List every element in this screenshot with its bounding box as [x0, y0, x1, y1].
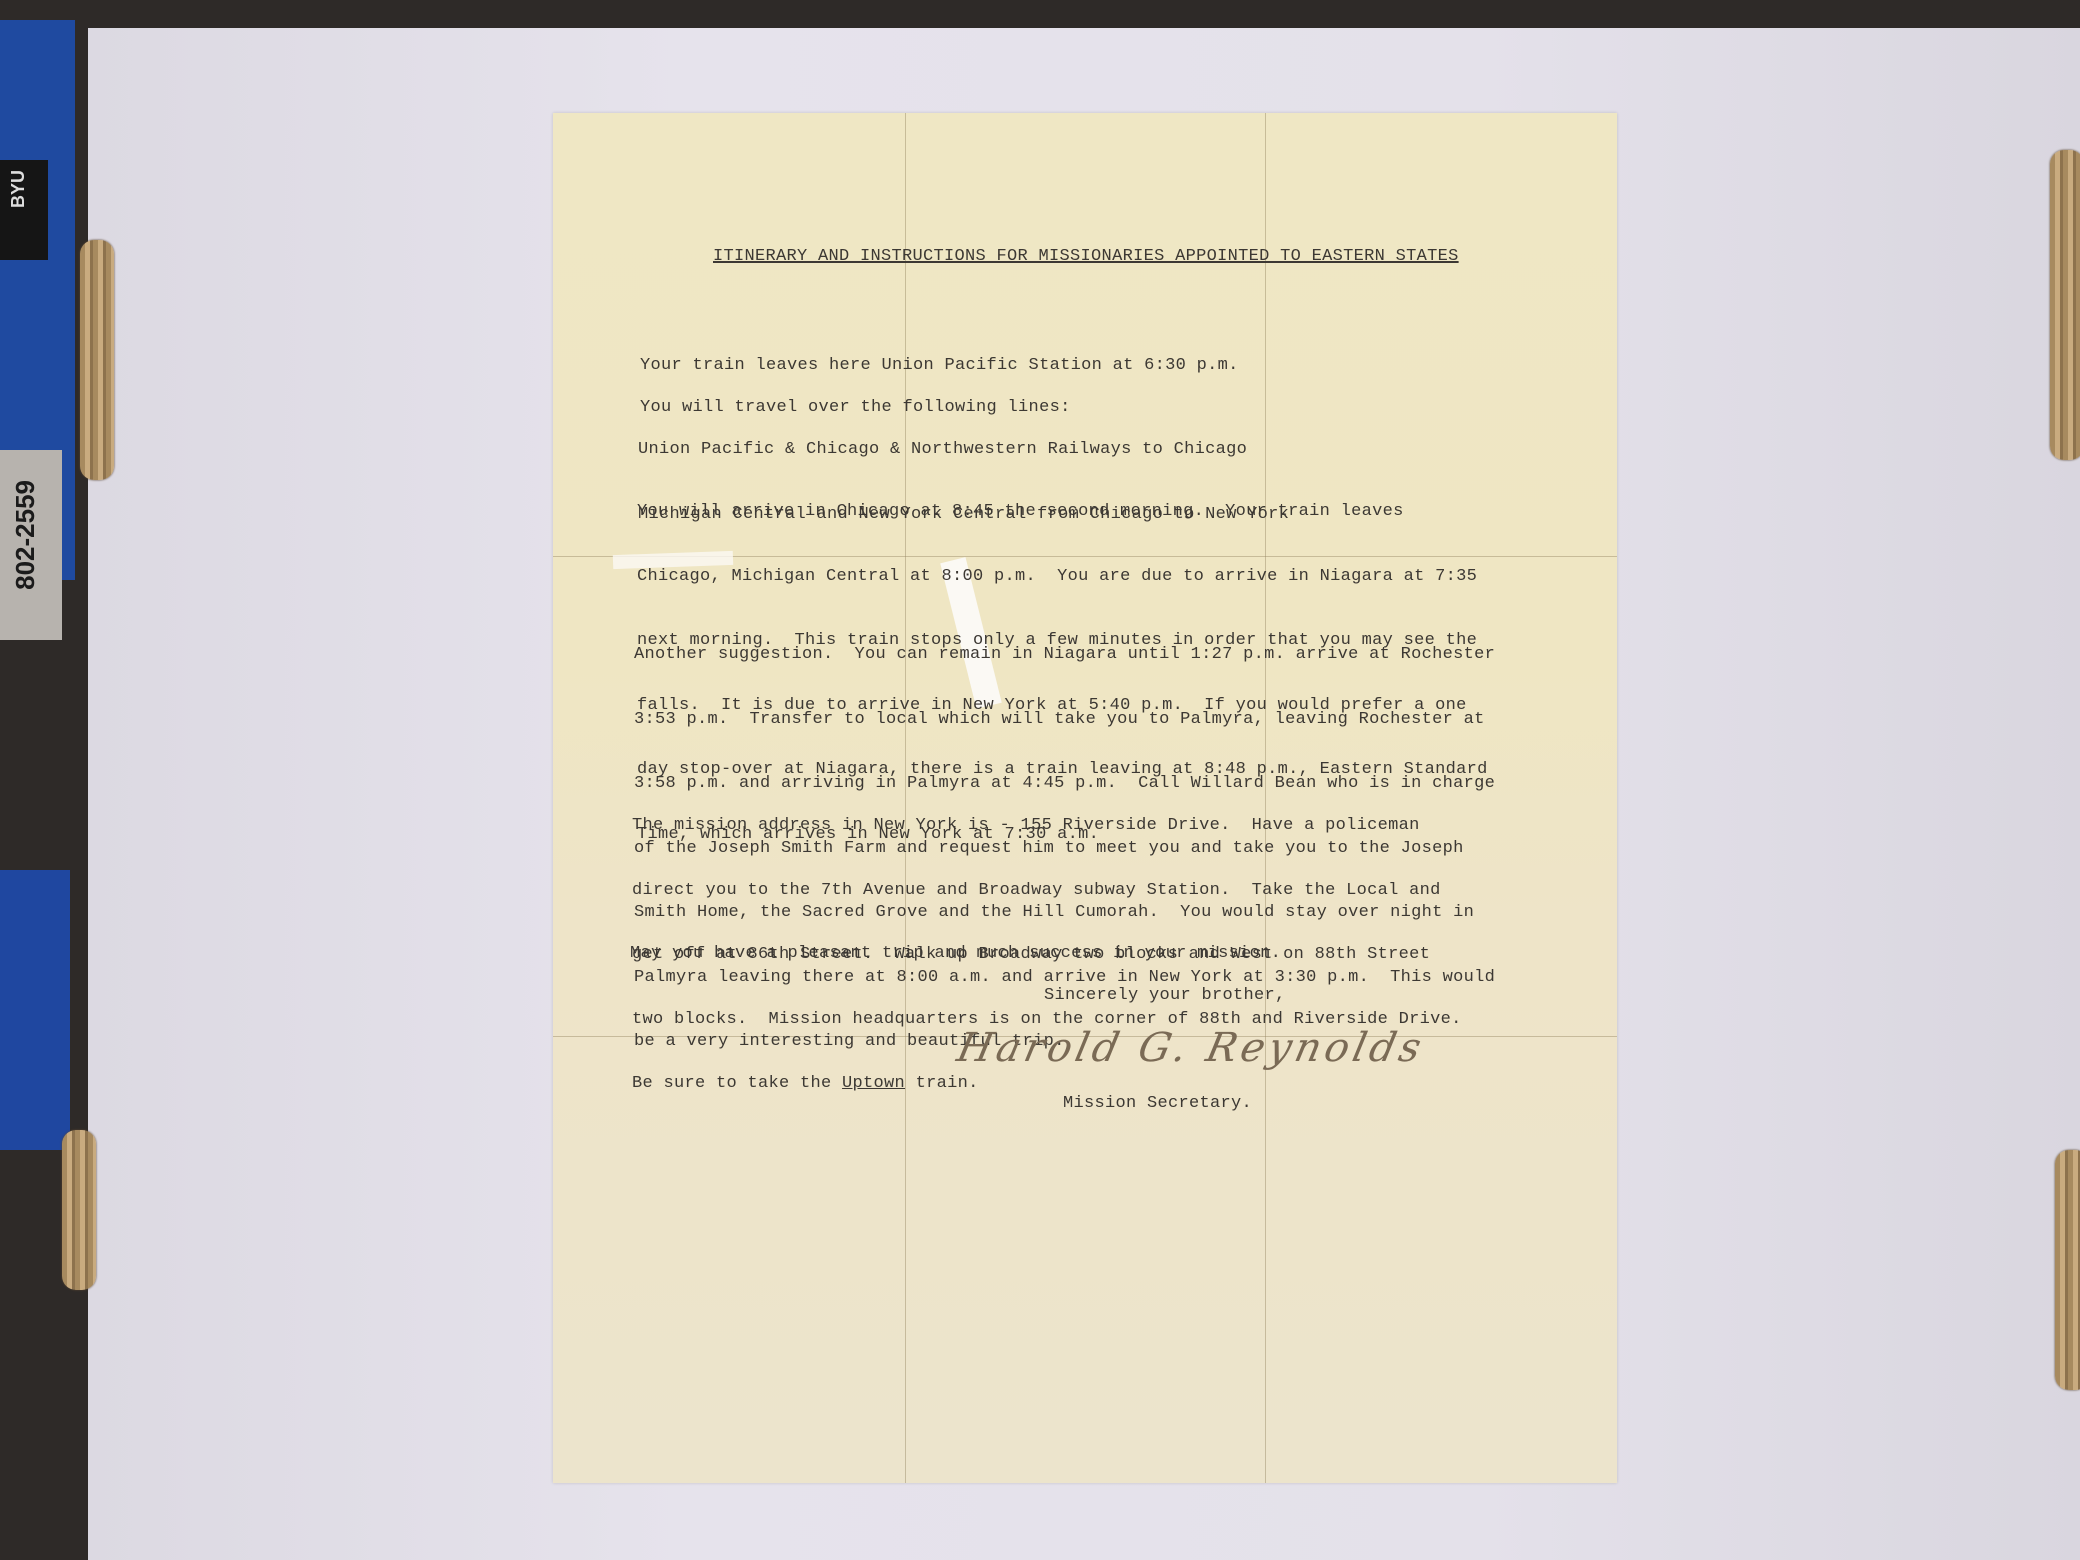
background-phone-label: 802-2559 [0, 450, 62, 640]
box-handle-left-top [80, 240, 114, 480]
box-handle-right-top [2050, 150, 2080, 460]
letter-title: ITINERARY AND INSTRUCTIONS FOR MISSIONAR… [713, 246, 1459, 268]
uptown-emphasis: Uptown [842, 1074, 905, 1093]
background-blue-box-lower [0, 870, 70, 1150]
box-handle-left-bottom [62, 1130, 96, 1290]
box-handle-right-bottom [2055, 1150, 2080, 1390]
signer-title: Mission Secretary. [1063, 1093, 1252, 1115]
background-byu-label: BYU [0, 160, 48, 260]
closing-salutation: Sincerely your brother, [1044, 985, 1286, 1007]
handwritten-signature: Harold G. Reynolds [953, 1025, 1429, 1071]
uptown-line: Be sure to take the Uptown train. [632, 1073, 1462, 1095]
